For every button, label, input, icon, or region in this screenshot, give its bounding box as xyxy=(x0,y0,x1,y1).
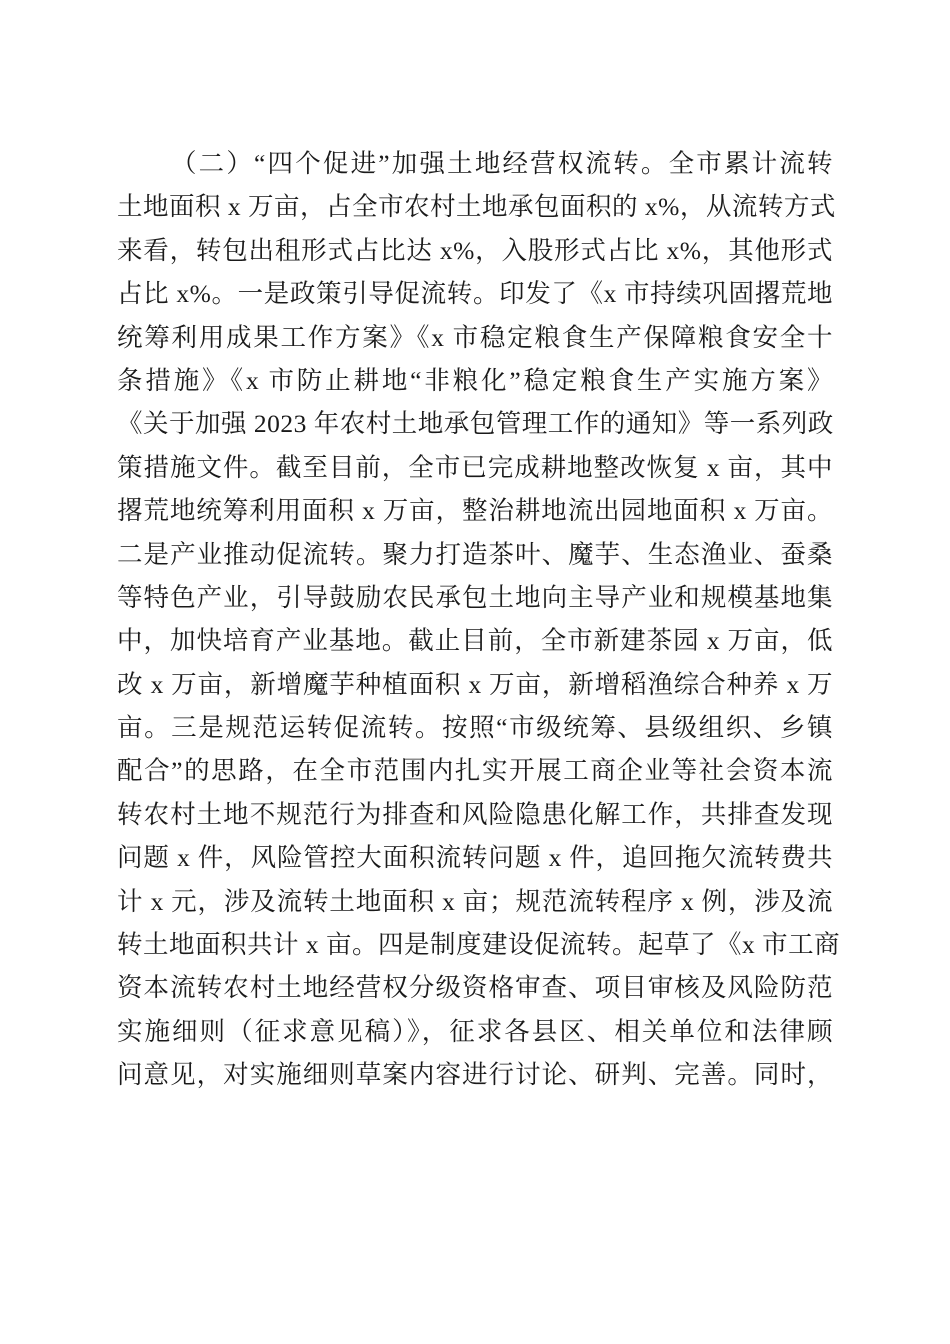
paragraph-line: 土地面积 x 万亩，占全市农村土地承包面积的 x%，从流转方式 xyxy=(117,185,833,228)
paragraph-line: 问题 x 件，风险管控大面积流转问题 x 件，追回拖欠流转费共 xyxy=(117,836,833,879)
section-heading-line: （二）“四个促进”加强土地经营权流转。全市累计流转 xyxy=(117,142,833,185)
paragraph-line: 来看，转包出租形式占比达 x%，入股形式占比 x%，其他形式 xyxy=(117,229,833,272)
paragraph-line: 统筹利用成果工作方案》《x 市稳定粮食生产保障粮食安全十 xyxy=(117,316,833,359)
paragraph-line: 条措施》《x 市防止耕地“非粮化”稳定粮食生产实施方案》 xyxy=(117,359,833,402)
paragraph-line: 改 x 万亩，新增魔芋种植面积 x 万亩，新增稻渔综合种养 x 万 xyxy=(117,663,833,706)
paragraph-line: 实施细则（征求意见稿）》，征求各县区、相关单位和法律顾 xyxy=(117,1010,833,1053)
paragraph-line: 策措施文件。截至目前，全市已完成耕地整改恢复 x 亩，其中 xyxy=(117,446,833,489)
paragraph-line: 占比 x%。一是政策引导促流转。印发了《x 市持续巩固撂荒地 xyxy=(117,272,833,315)
paragraph-line: 亩。三是规范运转促流转。按照“市级统筹、县级组织、乡镇 xyxy=(117,706,833,749)
paragraph-line: 转土地面积共计 x 亩。四是制度建设促流转。起草了《x 市工商 xyxy=(117,923,833,966)
paragraph-line: 计 x 元，涉及流转土地面积 x 亩；规范流转程序 x 例，涉及流 xyxy=(117,880,833,923)
paragraph-line: 转农村土地不规范行为排查和风险隐患化解工作，共排查发现 xyxy=(117,793,833,836)
paragraph: （二）“四个促进”加强土地经营权流转。全市累计流转 土地面积 x 万亩，占全市农… xyxy=(117,142,833,1097)
paragraph-line: 问意见，对实施细则草案内容进行讨论、研判、完善。同时， xyxy=(117,1053,833,1096)
paragraph-line: 配合”的思路，在全市范围内扎实开展工商企业等社会资本流 xyxy=(117,749,833,792)
paragraph-line: 二是产业推动促流转。聚力打造茶叶、魔芋、生态渔业、蚕桑 xyxy=(117,533,833,576)
paragraph-line: 中，加快培育产业基地。截止目前，全市新建茶园 x 万亩，低 xyxy=(117,619,833,662)
document-page: （二）“四个促进”加强土地经营权流转。全市累计流转 土地面积 x 万亩，占全市农… xyxy=(0,0,950,1344)
paragraph-line: 撂荒地统筹利用面积 x 万亩，整治耕地流出园地面积 x 万亩。 xyxy=(117,489,833,532)
paragraph-line: 《关于加强 2023 年农村土地承包管理工作的通知》等一系列政 xyxy=(117,402,833,445)
paragraph-line: 等特色产业，引导鼓励农民承包土地向主导产业和规模基地集 xyxy=(117,576,833,619)
paragraph-line: 资本流转农村土地经营权分级资格审查、项目审核及风险防范 xyxy=(117,966,833,1009)
